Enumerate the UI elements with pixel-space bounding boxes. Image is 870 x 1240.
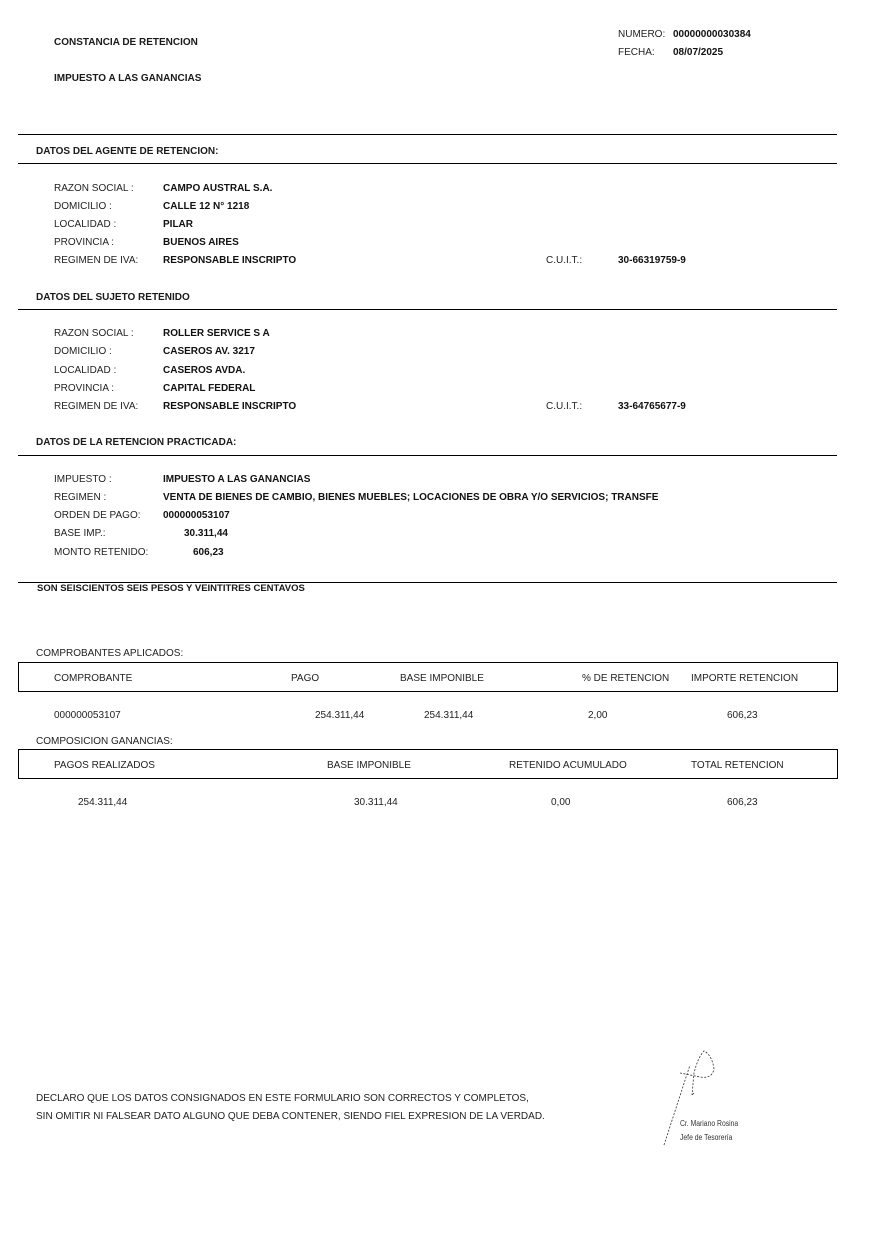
provincia-value: CAPITAL FEDERAL (163, 383, 255, 394)
regimen-iva-value: RESPONSABLE INSCRIPTO (163, 401, 296, 412)
signature: Cr. Mariano Rosina Jefe de Tesorería (660, 1045, 760, 1150)
column-header: PAGO (291, 673, 319, 684)
comprobantes-section-title: COMPROBANTES APLICADOS: (36, 648, 183, 659)
field-label: PROVINCIA : (54, 237, 114, 248)
agente-section-title: DATOS DEL AGENTE DE RETENCION: (36, 146, 218, 157)
pago-cell: 254.311,44 (315, 710, 364, 721)
column-header: BASE IMPONIBLE (400, 673, 484, 684)
field-label: REGIMEN : (54, 492, 106, 503)
column-header: % DE RETENCION (582, 673, 669, 684)
orden-pago-value: 000000053107 (163, 510, 230, 521)
composicion-table-header: PAGOS REALIZADOS BASE IMPONIBLE RETENIDO… (18, 749, 838, 779)
field-label: MONTO RETENIDO: (54, 547, 148, 558)
provincia-value: BUENOS AIRES (163, 237, 239, 248)
retenido-acumulado-cell: 0,00 (551, 797, 570, 808)
fecha-label: FECHA: (618, 47, 655, 58)
field-label: LOCALIDAD : (54, 219, 116, 230)
comprobantes-table-header: COMPROBANTE PAGO BASE IMPONIBLE % DE RET… (18, 662, 838, 692)
divider (18, 455, 837, 456)
localidad-value: PILAR (163, 219, 193, 230)
divider (18, 163, 837, 164)
regimen-iva-value: RESPONSABLE INSCRIPTO (163, 255, 296, 266)
field-label: DOMICILIO : (54, 346, 112, 357)
amount-in-words: SON SEISCIENTOS SEIS PESOS Y VEINTITRES … (37, 583, 305, 594)
divider (18, 309, 837, 310)
field-label: RAZON SOCIAL : (54, 183, 134, 194)
declaration-line-1: DECLARO QUE LOS DATOS CONSIGNADOS EN EST… (36, 1093, 529, 1104)
field-label: REGIMEN DE IVA: (54, 401, 138, 412)
numero-value: 00000000030384 (673, 29, 751, 40)
importe-retencion-cell: 606,23 (727, 710, 758, 721)
porcentaje-cell: 2,00 (588, 710, 607, 721)
fecha-value: 08/07/2025 (673, 47, 723, 58)
field-label: BASE IMP.: (54, 528, 106, 539)
field-label: RAZON SOCIAL : (54, 328, 134, 339)
domicilio-value: CALLE 12 N° 1218 (163, 201, 249, 212)
sujeto-section-title: DATOS DEL SUJETO RETENIDO (36, 292, 190, 303)
field-label: REGIMEN DE IVA: (54, 255, 138, 266)
cuit-value: 33-64765677-9 (618, 401, 686, 412)
base-imponible-cell: 254.311,44 (424, 710, 473, 721)
column-header: COMPROBANTE (54, 673, 132, 684)
total-retencion-cell: 606,23 (727, 797, 758, 808)
razon-social-value: CAMPO AUSTRAL S.A. (163, 183, 272, 194)
column-header: IMPORTE RETENCION (691, 673, 798, 684)
field-label: ORDEN DE PAGO: (54, 510, 141, 521)
declaration-line-2: SIN OMITIR NI FALSEAR DATO ALGUNO QUE DE… (36, 1111, 545, 1122)
cuit-label: C.U.I.T.: (546, 255, 582, 266)
document-subtitle: IMPUESTO A LAS GANANCIAS (54, 73, 201, 84)
razon-social-value: ROLLER SERVICE S A (163, 328, 270, 339)
composicion-section-title: COMPOSICION GANANCIAS: (36, 736, 173, 747)
column-header: BASE IMPONIBLE (327, 760, 411, 771)
monto-retenido-value: 606,23 (193, 547, 224, 558)
numero-label: NUMERO: (618, 29, 665, 40)
comprobante-cell: 000000053107 (54, 710, 121, 721)
pagos-realizados-cell: 254.311,44 (78, 797, 127, 808)
cuit-value: 30-66319759-9 (618, 255, 686, 266)
field-label: DOMICILIO : (54, 201, 112, 212)
document-title: CONSTANCIA DE RETENCION (54, 37, 198, 48)
domicilio-value: CASEROS AV. 3217 (163, 346, 255, 357)
field-label: PROVINCIA : (54, 383, 114, 394)
localidad-value: CASEROS AVDA. (163, 365, 245, 376)
column-header: PAGOS REALIZADOS (54, 760, 155, 771)
cuit-label: C.U.I.T.: (546, 401, 582, 412)
column-header: TOTAL RETENCION (691, 760, 784, 771)
divider (18, 134, 837, 135)
field-label: IMPUESTO : (54, 474, 112, 485)
signer-name: Cr. Mariano Rosina (680, 1119, 738, 1128)
base-imp-value: 30.311,44 (184, 528, 228, 539)
signer-title: Jefe de Tesorería (680, 1133, 732, 1142)
retencion-section-title: DATOS DE LA RETENCION PRACTICADA: (36, 437, 236, 448)
base-imponible-cell: 30.311,44 (354, 797, 398, 808)
column-header: RETENIDO ACUMULADO (509, 760, 627, 771)
field-label: LOCALIDAD : (54, 365, 116, 376)
impuesto-value: IMPUESTO A LAS GANANCIAS (163, 474, 310, 485)
regimen-value: VENTA DE BIENES DE CAMBIO, BIENES MUEBLE… (163, 492, 658, 503)
